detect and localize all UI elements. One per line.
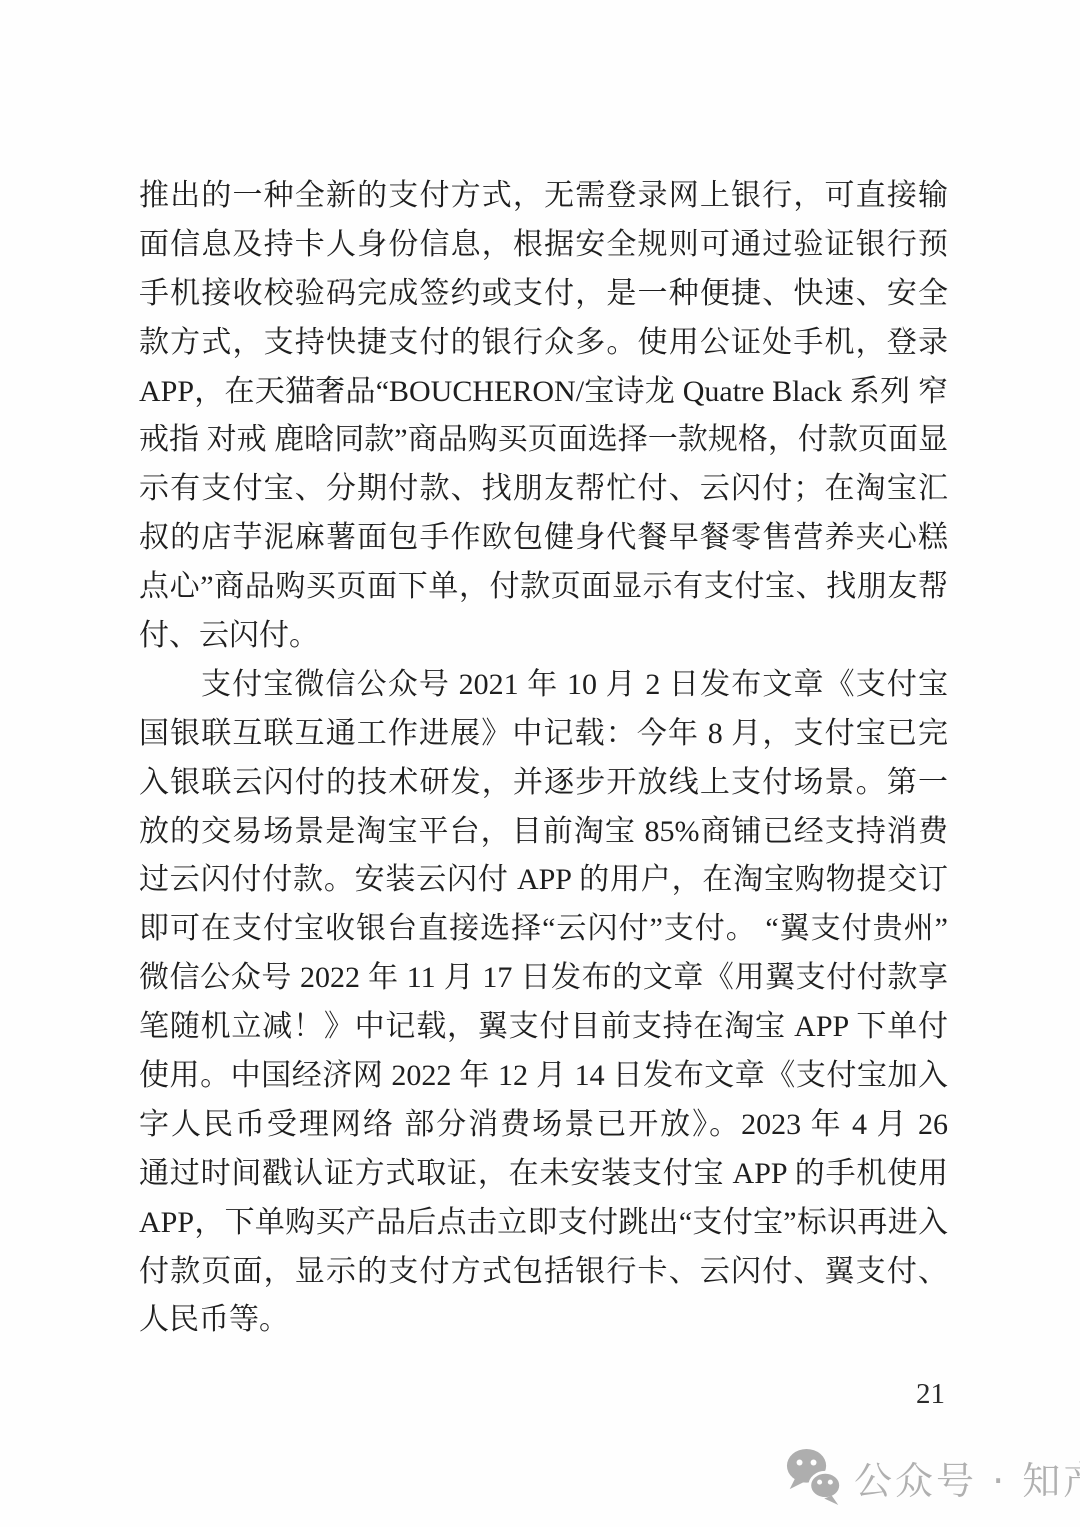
- wechat-icon: [786, 1448, 842, 1506]
- text-line: 字人民币受理网络 部分消费场景已开放》。2023 年 4 月 26 日，: [139, 1101, 948, 1150]
- text-line: 点心”商品购买页面下单，付款页面显示有支付宝、找朋友帮忙: [139, 563, 948, 612]
- text-line: 微信公众号 2022 年 11 月 17 日发布的文章《用翼支付付款享笔: [139, 954, 948, 1003]
- text-line: APP，下单购买产品后点击立即支付跳出“支付宝”标识再进入: [139, 1199, 948, 1248]
- text-line: 叔的店芋泥麻薯面包手作欧包健身代餐早餐零售营养夹心糕点: [139, 514, 948, 563]
- text-line: APP，在天猫奢品“BOUCHERON/宝诗龙 Quatre Black 系列 …: [139, 368, 948, 417]
- document-body: 推出的一种全新的支付方式，无需登录网上银行，可直接输入卡面信息及持卡人身份信息，…: [139, 172, 948, 1345]
- text-line: 放的交易场景是淘宝平台，目前淘宝 85%商铺已经支持消费者通: [139, 808, 948, 857]
- text-line: 通过时间戳认证方式取证，在未安装支付宝 APP 的手机使用淘宝: [139, 1150, 948, 1199]
- text-line: 面信息及持卡人身份信息，根据安全规则可通过验证银行预留的: [139, 221, 948, 270]
- text-line: 笔随机立减！》中记载，翼支付目前支持在淘宝 APP 下单付款时: [139, 1003, 948, 1052]
- text-line: 国银联互联互通工作进展》中记载：今年 8 月，支付宝已完成接: [139, 710, 948, 759]
- text-line: 即可在支付宝收银台直接选择“云闪付”支付。 “翼支付贵州”: [139, 905, 948, 954]
- text-line: 推出的一种全新的支付方式，无需登录网上银行，可直接输入卡: [139, 172, 948, 221]
- text-line: 使用。中国经济网 2022 年 12 月 14 日发布文章《支付宝加入数: [139, 1052, 948, 1101]
- text-line: 戒指 对戒 鹿晗同款”商品购买页面选择一款规格，付款页面显: [139, 416, 948, 465]
- text-line: 款方式，支持快捷支付的银行众多。使用公证处手机，登录淘宝: [139, 319, 948, 368]
- page-number: 21: [916, 1378, 945, 1411]
- text-line: 人民币等。: [139, 1296, 948, 1345]
- watermark-footer: 公众号 · 知产库: [786, 1448, 1080, 1506]
- text-line: 入银联云闪付的技术研发，并逐步开放线上支付场景。第一步开: [139, 759, 948, 808]
- text-line: 手机接收校验码完成签约或支付，是一种便捷、快速、安全的付: [139, 270, 948, 319]
- text-line: 支付宝微信公众号 2021 年 10 月 2 日发布文章《支付宝与中: [139, 661, 948, 710]
- watermark-text: 公众号 · 知产库: [854, 1450, 1080, 1505]
- text-line: 过云闪付付款。安装云闪付 APP 的用户，在淘宝购物提交订单后，: [139, 856, 948, 905]
- text-line: 付、云闪付。: [139, 612, 948, 661]
- text-line: 示有支付宝、分期付款、找朋友帮忙付、云闪付；在淘宝汇吃“枣: [139, 465, 948, 514]
- text-line: 付款页面，显示的支付方式包括银行卡、云闪付、翼支付、数字: [139, 1248, 948, 1297]
- document-page: 推出的一种全新的支付方式，无需登录网上银行，可直接输入卡面信息及持卡人身份信息，…: [0, 0, 1080, 1527]
